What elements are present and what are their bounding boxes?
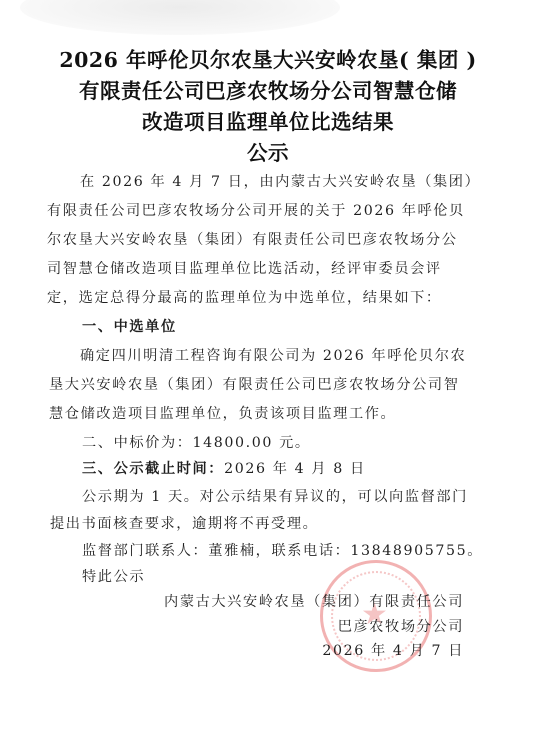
signature-date: 2026 年 4 月 7 日 bbox=[322, 641, 464, 661]
section3-line: 三、公示截止时间：2026 年 4 月 8 日 bbox=[82, 459, 366, 479]
section2-line: 二、中标价为：14800.00 元。 bbox=[82, 433, 311, 453]
intro-line: 尔农垦大兴安岭农垦（集团）有限责任公司巴彦农牧场分公 bbox=[47, 230, 457, 250]
intro-line: 定，选定总得分最高的监理单位为中选单位，结果如下： bbox=[47, 288, 442, 308]
notice-line: 提出书面核查要求，逾期将不再受理。 bbox=[50, 514, 318, 534]
section1-line: 慧仓储改造项目监理单位，负责该项目监理工作。 bbox=[49, 404, 396, 424]
intro-line: 有限责任公司巴彦农牧场分公司开展的关于 2026 年呼伦贝 bbox=[47, 201, 465, 221]
section3-heading: 三、公示截止时间： bbox=[82, 461, 224, 477]
intro-line: 司智慧仓储改造项目监理单位比选活动，经评审委员会评 bbox=[47, 259, 442, 279]
signature-org-line2: 巴彦农牧场分公司 bbox=[338, 617, 464, 637]
title-line-1: 2026 年呼伦贝尔农垦大兴安岭农垦( 集团 ) bbox=[0, 45, 536, 75]
notice-line: 公示期为 1 天。对公示结果有异议的，可以向监督部门 bbox=[82, 487, 468, 507]
signature-org-line1: 内蒙古大兴安岭农垦（集团）有限责任公司 bbox=[164, 592, 464, 612]
section1-line: 垦大兴安岭农垦（集团）有限责任公司巴彦农牧场分公司智 bbox=[49, 375, 459, 395]
section1-heading: 一、中选单位 bbox=[82, 317, 177, 337]
scan-shadow bbox=[20, 0, 340, 35]
title-line-4: 公示 bbox=[0, 138, 536, 168]
intro-line: 在 2026 年 4 月 7 日，由内蒙古大兴安岭农垦（集团） bbox=[80, 172, 480, 192]
contact-line: 监督部门联系人：董雅楠，联系电话：13848905755。 bbox=[82, 541, 483, 561]
title-line-3: 改造项目监理单位比选结果 bbox=[0, 107, 536, 137]
title-line-2: 有限责任公司巴彦农牧场分公司智慧仓储 bbox=[0, 76, 536, 106]
section3-date: 2026 年 4 月 8 日 bbox=[224, 461, 366, 477]
closing-text: 特此公示 bbox=[82, 567, 145, 587]
section1-line: 确定四川明清工程咨询有限公司为 2026 年呼伦贝尔农 bbox=[80, 346, 466, 366]
